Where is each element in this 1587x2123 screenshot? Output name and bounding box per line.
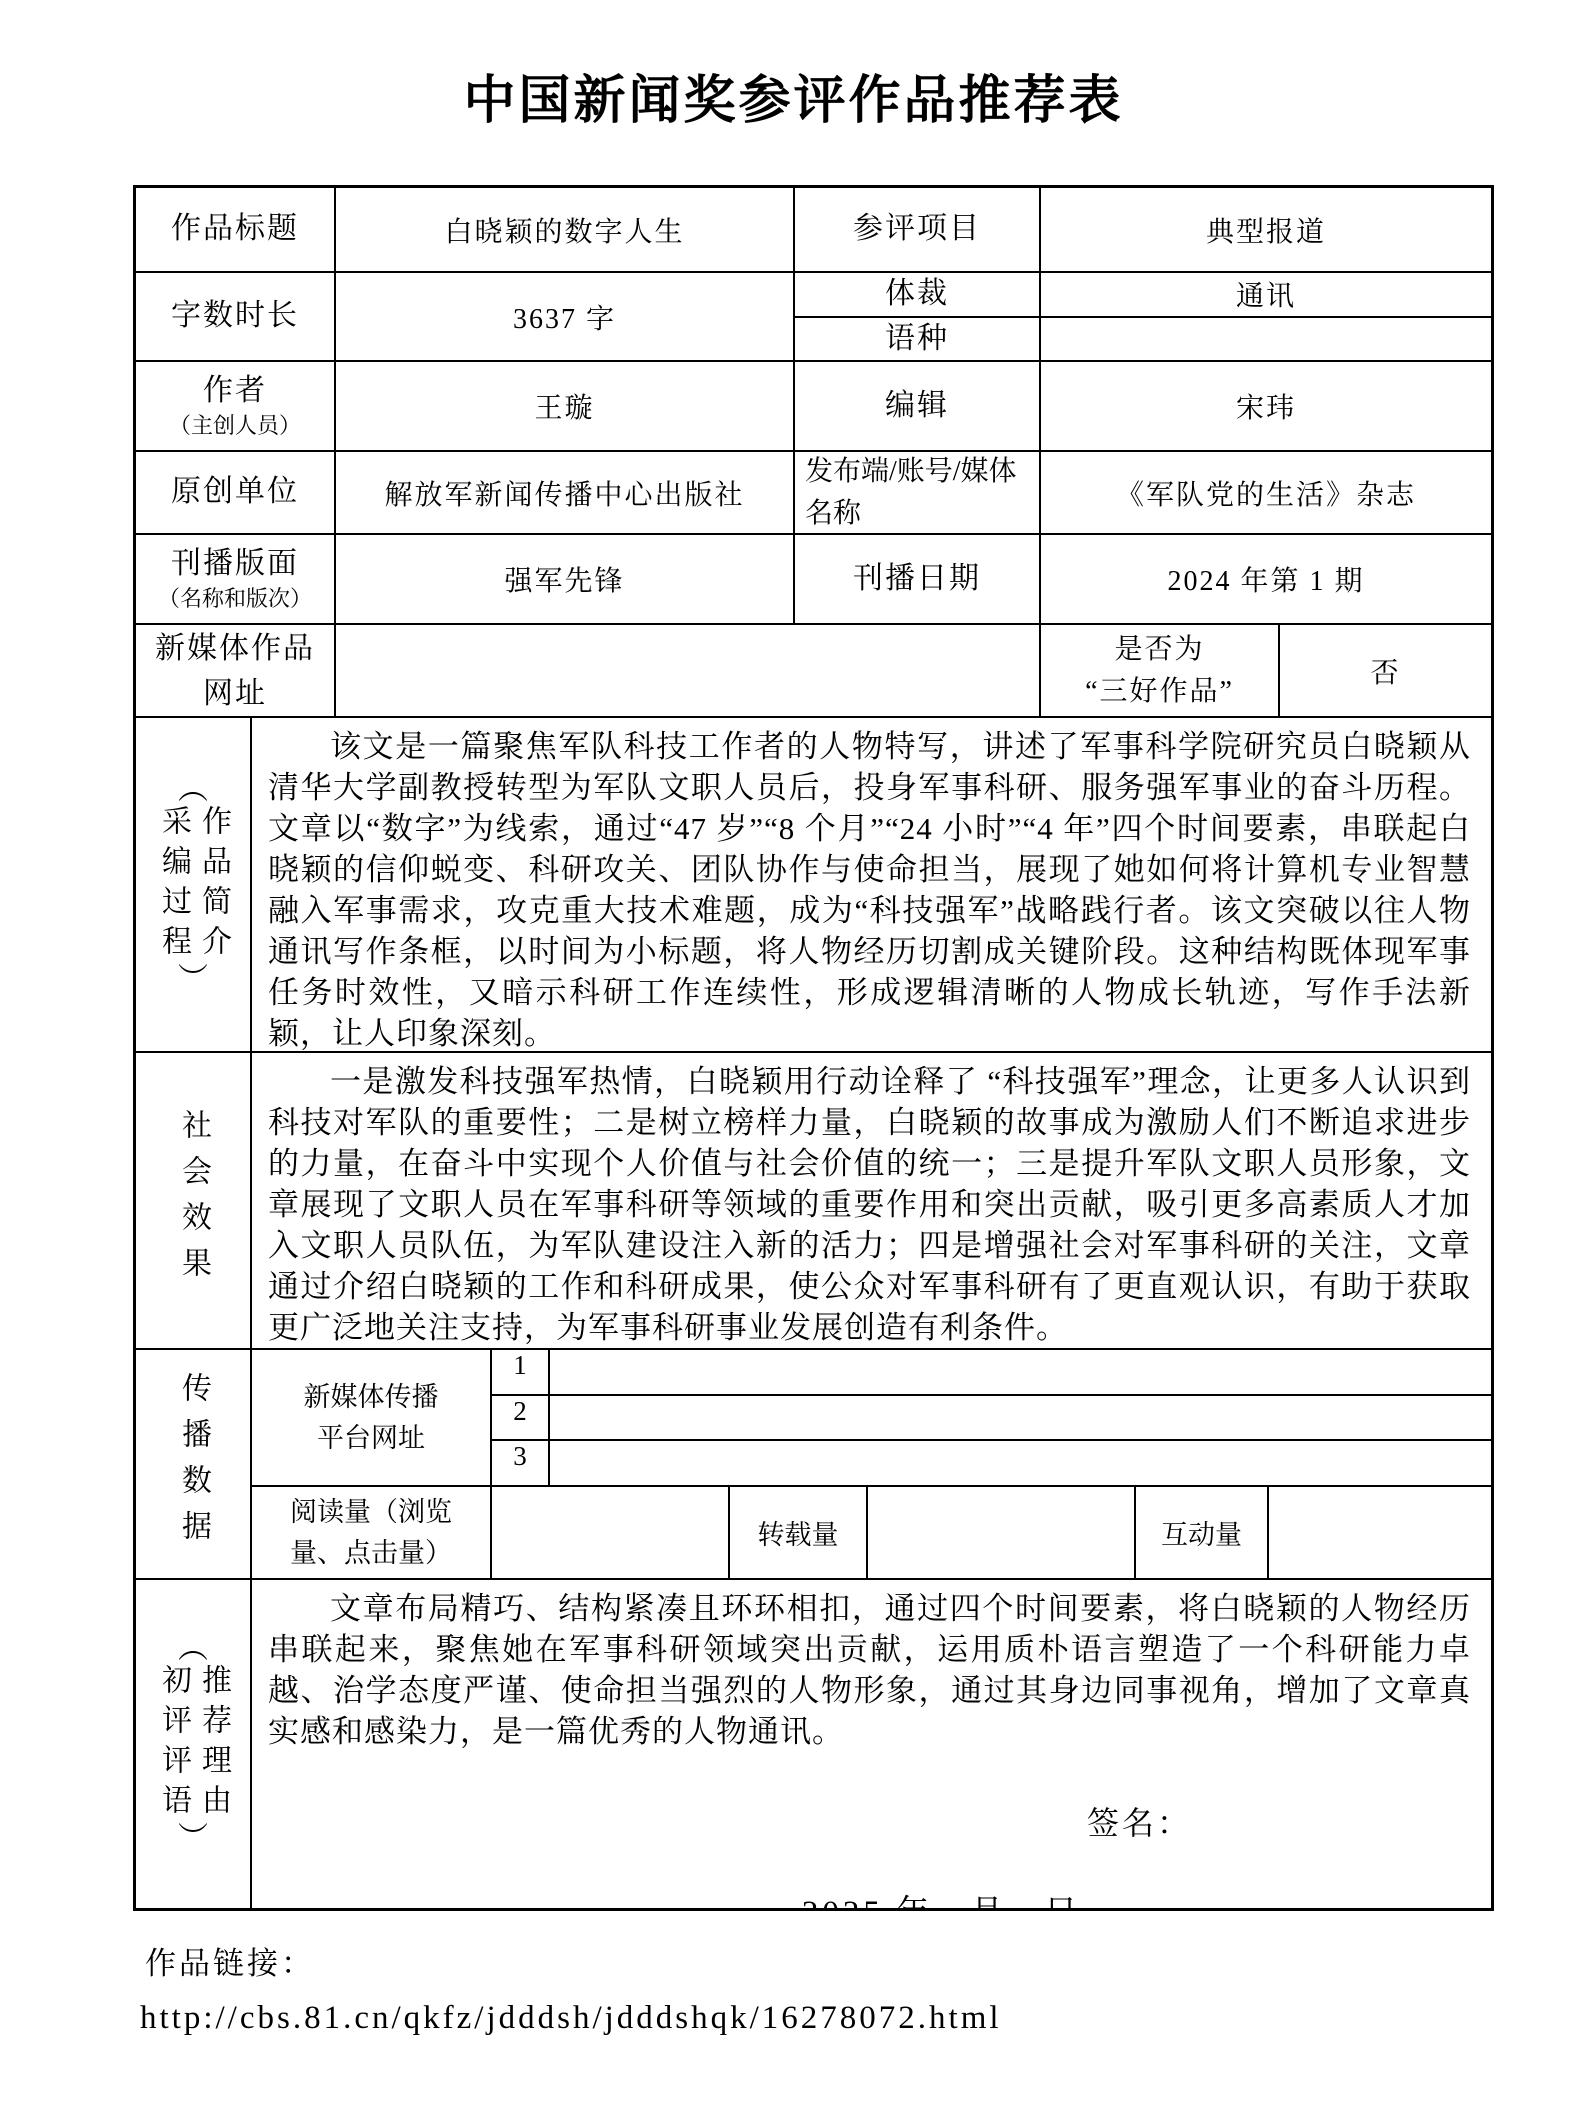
repost-count-label: 转载量 xyxy=(728,1487,866,1578)
work-title-label: 作品标题 xyxy=(136,188,334,271)
word-count-label: 字数时长 xyxy=(136,273,334,360)
editor-label: 编辑 xyxy=(793,362,1039,450)
url-row-2: 2 xyxy=(490,1394,1491,1440)
author-label-text: 作者 xyxy=(203,374,267,407)
read-count-label-line1: 阅读量（浏览 xyxy=(290,1497,452,1527)
language-value xyxy=(1039,318,1491,361)
interact-count-label: 互动量 xyxy=(1134,1487,1267,1578)
url-row-1-number: 1 xyxy=(490,1350,550,1394)
row-word-count: 字数时长 3637 字 体裁 通讯 语种 xyxy=(136,271,1491,360)
signature-label: 签名： xyxy=(788,1798,1491,1844)
date-line: 2025 年 月 日 xyxy=(252,1886,1491,1908)
intro-label-col-right: 作品简介 xyxy=(195,805,231,965)
genre-label: 体裁 xyxy=(795,273,1039,316)
social-effect-text: 一是激发科技强军热情，白晓颖用行动诠释了 “科技强军”理念，让更多人认识到科技对… xyxy=(252,1053,1491,1348)
url-row-3-value xyxy=(550,1441,1491,1485)
intro-section-label: ︵ 采编过程 作品简介 ︶ xyxy=(136,718,250,1051)
platform-url-label-line2: 平台网址 xyxy=(317,1423,425,1453)
review-label-col-right: 推荐理由 xyxy=(195,1664,231,1824)
recommendation-table: 作品标题 白晓颖的数字人生 参评项目 典型报道 字数时长 3637 字 体裁 通… xyxy=(133,185,1494,1911)
url-row-1-value xyxy=(550,1350,1491,1394)
publish-page-label-note: （名称和版次） xyxy=(158,584,312,614)
new-media-url-label: 新媒体作品网址 xyxy=(136,625,334,716)
social-effect-label-text: 社会效果 xyxy=(175,1109,211,1293)
language-label: 语种 xyxy=(795,318,1039,361)
publish-channel-label: 发布端/账号/媒体名称 xyxy=(793,452,1039,533)
platform-url-label-line1: 新媒体传播 xyxy=(304,1382,439,1412)
new-media-url-label-line1: 新媒体作品 xyxy=(155,632,315,665)
review-text: 文章布局精巧、结构紧凑且环环相扣，通过四个时间要素，将白晓颖的人物经历串联起来，… xyxy=(252,1580,1491,1752)
word-count-value: 3637 字 xyxy=(334,273,793,360)
publish-channel-value: 《军队党的生活》杂志 xyxy=(1039,452,1491,533)
intro-label-col-left: 采编过程 xyxy=(155,805,191,965)
three-good-label-line2: “三好作品” xyxy=(1085,676,1234,707)
read-count-label: 阅读量（浏览量、点击量） xyxy=(252,1487,490,1578)
row-publish-page: 刊播版面（名称和版次） 强军先锋 刊播日期 2024 年第 1 期 xyxy=(136,533,1491,623)
new-media-url-label-line2: 网址 xyxy=(203,677,267,710)
origin-unit-value: 解放军新闻传播中心出版社 xyxy=(334,452,793,533)
new-media-url-value xyxy=(334,625,1039,716)
url-row-3: 3 xyxy=(490,1439,1491,1485)
origin-unit-label: 原创单位 xyxy=(136,452,334,533)
publish-page-label: 刊播版面（名称和版次） xyxy=(136,535,334,623)
intro-text: 该文是一篇聚焦军队科技工作者的人物特写，讲述了军事科学院研究员白晓颖从清华大学副… xyxy=(252,718,1491,1051)
entry-category-value: 典型报道 xyxy=(1039,188,1491,271)
entry-category-label: 参评项目 xyxy=(793,188,1039,271)
row-new-media-url: 新媒体作品网址 是否为“三好作品” 否 xyxy=(136,623,1491,716)
social-effect-label: 社会效果 xyxy=(136,1053,250,1348)
review-section-label: ︵ 初评评语 推荐理由 ︶ xyxy=(136,1580,250,1908)
row-origin-unit: 原创单位 解放军新闻传播中心出版社 发布端/账号/媒体名称 《军队党的生活》杂志 xyxy=(136,450,1491,533)
spread-data-label: 传播数据 xyxy=(136,1350,250,1578)
page-title: 中国新闻奖参评作品推荐表 xyxy=(0,58,1587,133)
section-intro: ︵ 采编过程 作品简介 ︶ 该文是一篇聚焦军队科技工作者的人物特写，讲述了军事科… xyxy=(136,716,1491,1051)
row-author: 作者（主创人员） 王璇 编辑 宋玮 xyxy=(136,360,1491,450)
url-row-2-number: 2 xyxy=(490,1396,550,1440)
work-link-label: 作品链接： xyxy=(145,1938,315,1983)
review-bracket-top: ︵ xyxy=(178,1634,208,1664)
author-label-note: （主创人员） xyxy=(169,411,301,441)
work-link-url: http://cbs.81.cn/qkfz/jdddsh/jdddshqk/16… xyxy=(140,2000,1002,2037)
publish-page-label-text: 刊播版面 xyxy=(171,547,299,580)
publish-date-label: 刊播日期 xyxy=(793,535,1039,623)
section-spread-data: 传播数据 新媒体传播平台网址 1 2 3 xyxy=(136,1348,1491,1578)
section-social-effect: 社会效果 一是激发科技强军热情，白晓颖用行动诠释了 “科技强军”理念，让更多人认… xyxy=(136,1051,1491,1348)
bracket-top: ︵ xyxy=(178,775,208,805)
bracket-bottom: ︶ xyxy=(178,965,208,995)
read-count-label-line2: 量、点击量） xyxy=(290,1538,452,1568)
read-count-value xyxy=(490,1487,728,1578)
publish-page-value: 强军先锋 xyxy=(334,535,793,623)
review-label-col-left: 初评评语 xyxy=(155,1664,191,1824)
author-value: 王璇 xyxy=(334,362,793,450)
review-bracket-bottom: ︶ xyxy=(178,1824,208,1854)
publish-date-value: 2024 年第 1 期 xyxy=(1039,535,1491,623)
work-title-value: 白晓颖的数字人生 xyxy=(334,188,793,271)
editor-value: 宋玮 xyxy=(1039,362,1491,450)
url-row-2-value xyxy=(550,1396,1491,1440)
section-review: ︵ 初评评语 推荐理由 ︶ 文章布局精巧、结构紧凑且环环相扣，通过四个时间要素，… xyxy=(136,1578,1491,1908)
url-row-3-number: 3 xyxy=(490,1441,550,1485)
platform-url-label: 新媒体传播平台网址 xyxy=(252,1350,490,1485)
genre-language-block: 体裁 通讯 语种 xyxy=(793,273,1491,360)
row-work-title: 作品标题 白晓颖的数字人生 参评项目 典型报道 xyxy=(136,188,1491,271)
three-good-value: 否 xyxy=(1278,625,1491,716)
spread-data-label-text: 传播数据 xyxy=(175,1372,211,1556)
interact-count-value xyxy=(1267,1487,1491,1578)
url-row-1: 1 xyxy=(490,1350,1491,1394)
repost-count-value xyxy=(866,1487,1134,1578)
genre-value: 通讯 xyxy=(1039,273,1491,316)
metrics-row: 阅读量（浏览量、点击量） 转载量 互动量 xyxy=(252,1485,1491,1578)
author-label: 作者（主创人员） xyxy=(136,362,334,450)
three-good-label-line1: 是否为 xyxy=(1114,634,1204,665)
three-good-label: 是否为“三好作品” xyxy=(1039,625,1278,716)
